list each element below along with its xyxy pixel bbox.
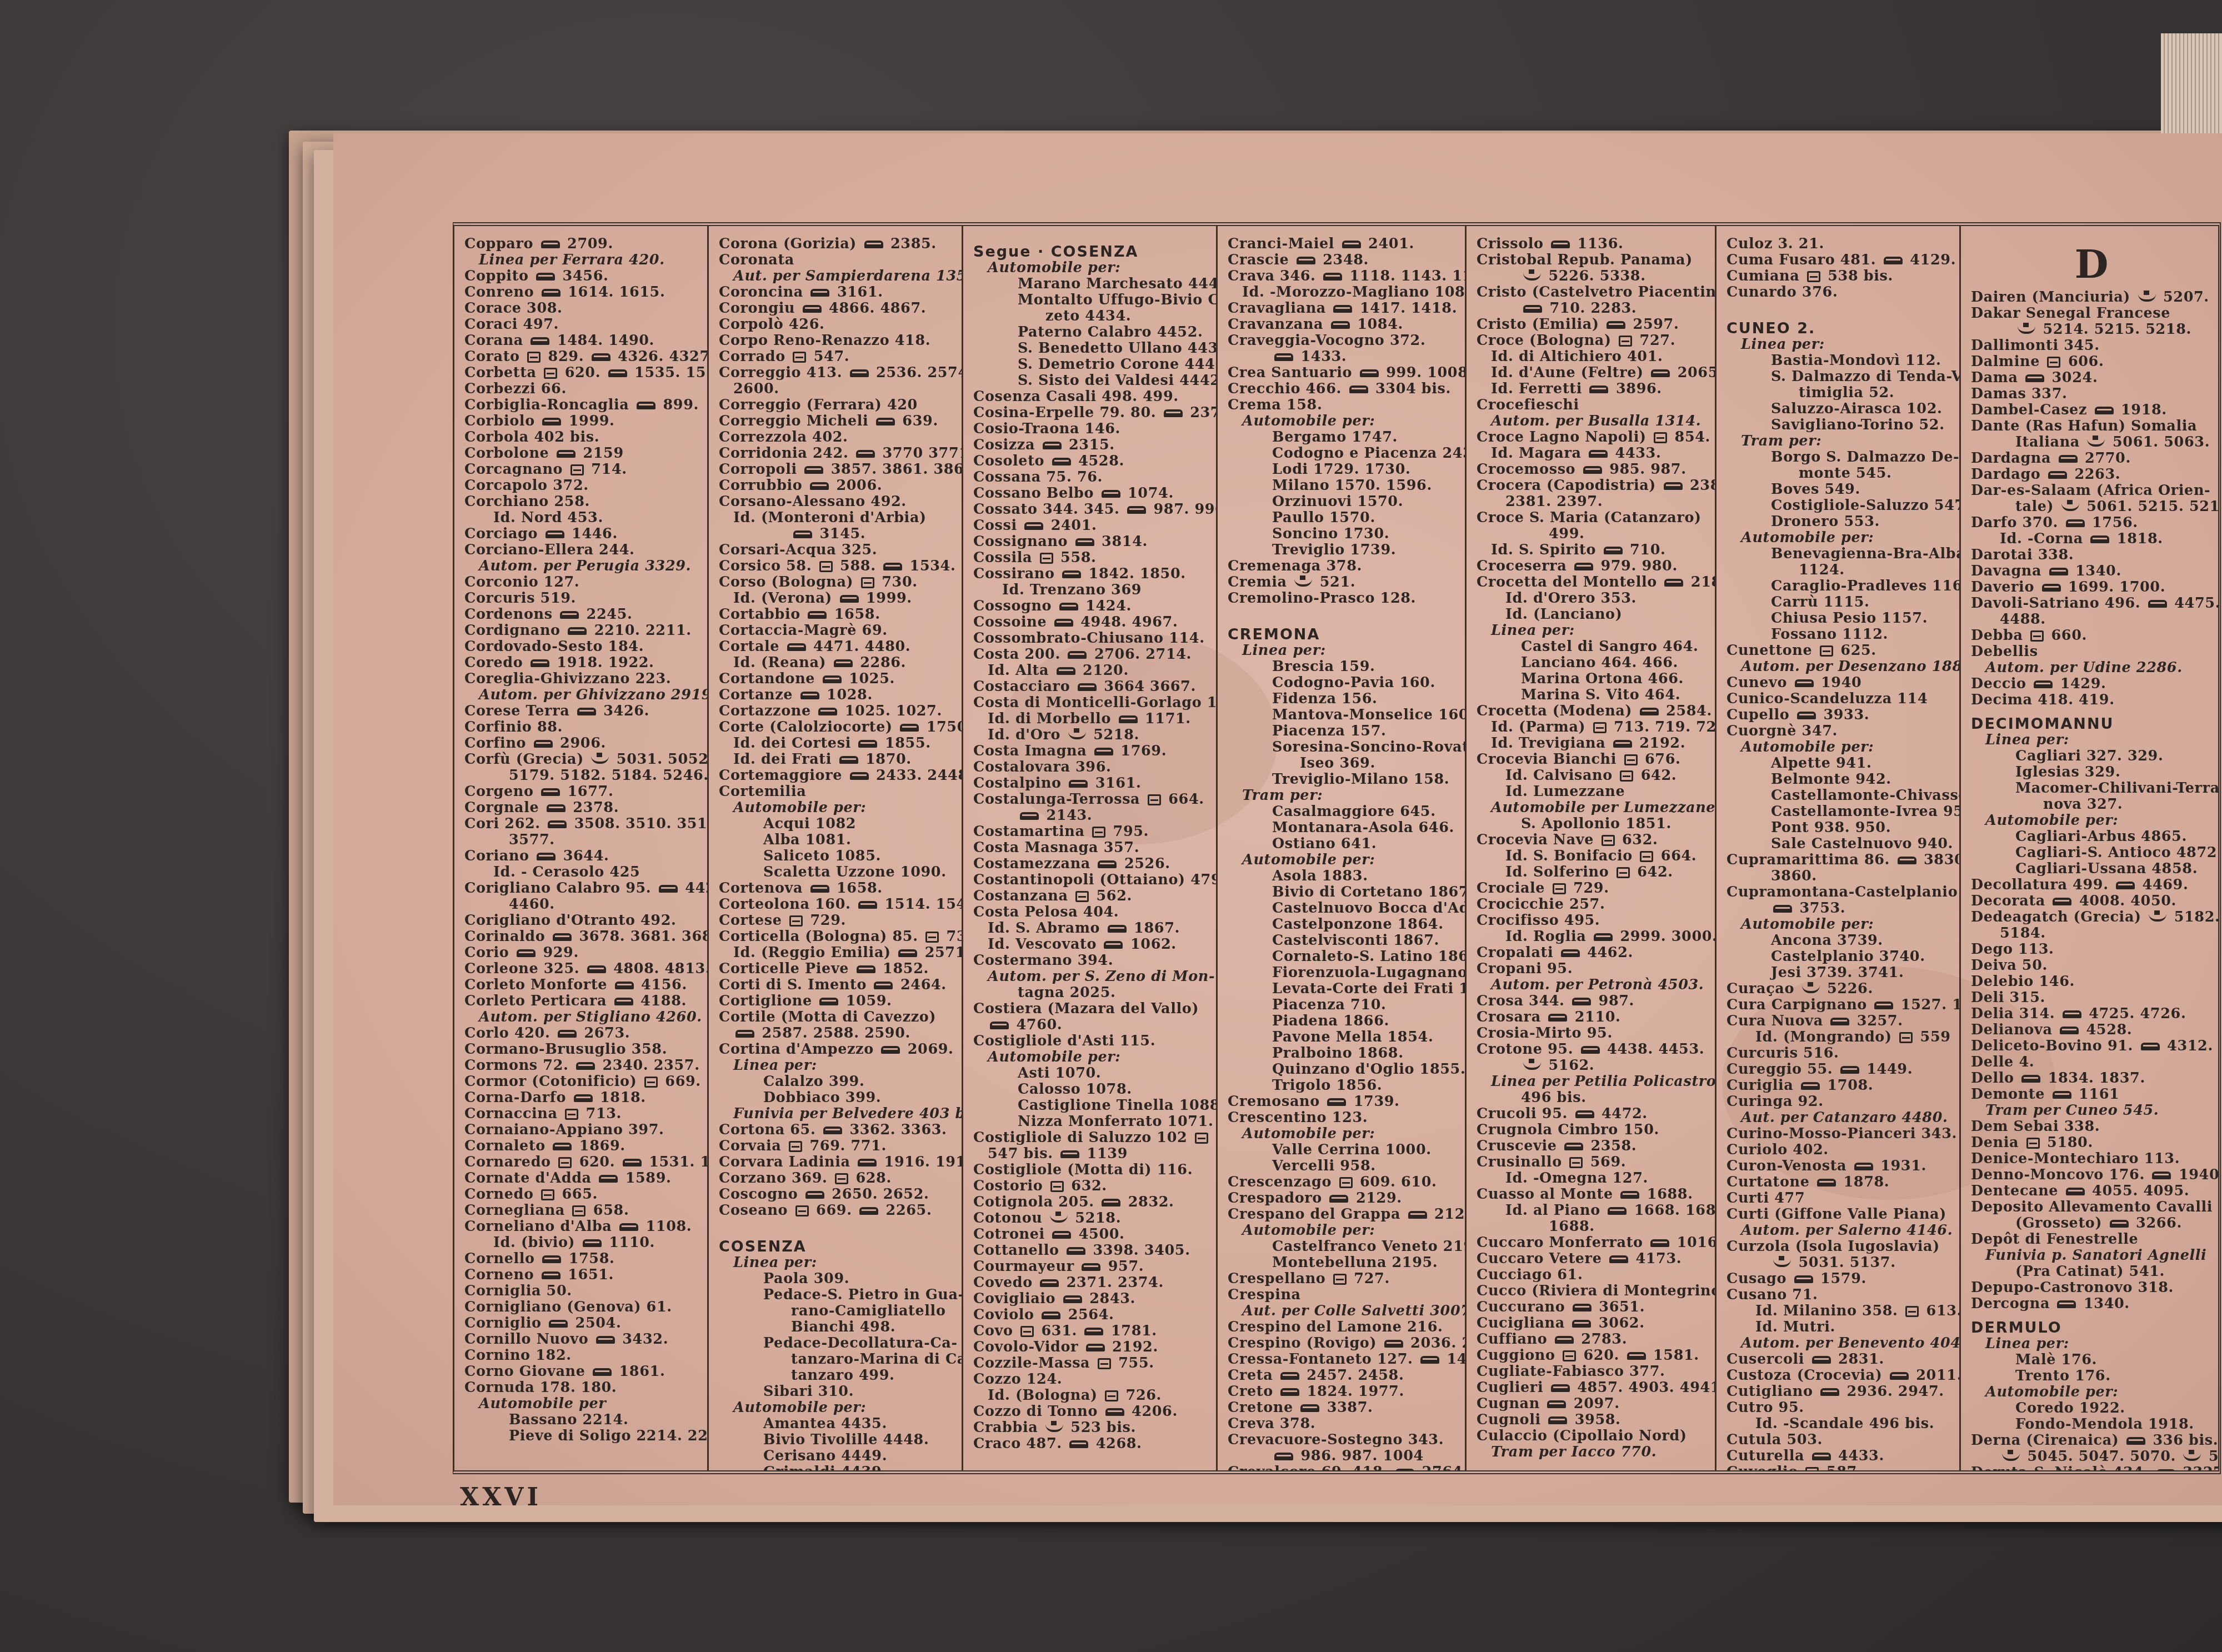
route-subheading: Funivia per Belvedere 403 bis [719,1106,956,1122]
index-subentry: Levata-Corte dei Frati 1870. [1228,981,1459,997]
train-icon [1408,1211,1427,1219]
tram-icon [1593,722,1607,733]
index-entry: Custoza (Crocevia) 2011. [1726,1368,1954,1384]
index-entry: Cortona 65. 3362. 3363. [719,1122,956,1138]
ship-icon [1045,1424,1063,1432]
city-heading: DERMULO [1971,1320,2213,1336]
index-subentry: Id. di Altichiero 401. [1477,349,1709,365]
train-icon [1607,321,1625,329]
index-subentry: Castelponzone 1864. [1228,917,1459,933]
index-entry: Courmayeur 957. [973,1259,1210,1275]
tram-icon [795,1205,809,1217]
train-icon [1884,257,1903,264]
index-subentry: Dobbiaco 399. [719,1090,956,1106]
city-heading: DECIMOMANNU [1971,716,2213,732]
train-icon [619,1223,638,1231]
train-icon [553,1143,572,1150]
train-icon [735,1030,754,1038]
index-entry: Cotronei 4500. [973,1227,1210,1243]
index-entry: Cureggio 55. 1449. [1726,1062,1954,1078]
index-entry: Cutula 503. [1726,1432,1954,1448]
index-subentry: timiglia 52. [1726,385,1954,401]
tram-icon [1098,1358,1111,1369]
route-subheading: Autom. per S. Zeno di Mon- [973,969,1210,985]
index-subentry: 5226. 5338. [1477,268,1709,284]
index-entry: Cristobal Repub. Panama) [1477,252,1709,268]
index-entry: Corbetta 620. 1535. 1578. [464,365,702,381]
route-subheading: Aut. per Colle Salvetti 3007. [1228,1303,1459,1319]
continued-heading: Segue · COSENZA [973,244,1210,260]
train-icon [874,982,893,989]
tram-icon [1640,851,1653,862]
index-entry: Crespellano 727. [1228,1271,1459,1287]
route-subheading: Funivia p. Sanatori Agnelli [1971,1248,2213,1264]
train-icon [1651,369,1670,377]
index-entry: Cornegliana 658. [464,1203,702,1219]
index-entry: Costiera (Mazara del Vallo) [973,1001,1210,1017]
index-subentry: Id. Ferretti 3896. [1477,381,1709,397]
route-subheading: Automobile per: [1228,852,1459,868]
index-subentry: Amantea 4435. [719,1416,956,1432]
train-icon [517,949,536,957]
index-subentry: Id. (Mongrando) 559 [1726,1029,1954,1045]
train-icon [1564,1143,1583,1150]
tram-icon [1195,1133,1208,1144]
ship-icon [1523,273,1541,281]
index-entry: Culaccio (Cipollaio Nord) [1477,1428,1709,1444]
index-entry: Cornigliano (Genova) 61. [464,1299,702,1315]
index-subentry: Id. S. Spirito 710. [1477,542,1709,558]
train-icon [1274,353,1293,361]
index-entry: Crocicchie 257. [1477,897,1709,913]
index-entry: Corgnale 2378. [464,800,702,816]
train-icon [1094,748,1113,755]
index-entry: Cottanello 3398. 3405. [973,1243,1210,1259]
index-subentry: 4488. [1971,612,2213,628]
train-icon [823,675,842,683]
index-entry: Cornuda 178. 180. [464,1380,702,1396]
index-subentry: Id. Nord 453. [464,510,702,526]
ship-icon [2183,1453,2201,1461]
index-entry: Depôt di Fenestrelle [1971,1232,2213,1248]
index-entry: Corneliano d'Alba 1108. [464,1219,702,1235]
train-icon [2060,1027,2079,1034]
index-entry: Cossogno 1424. [973,598,1210,614]
index-entry: Dardagna 2770. [1971,450,2213,467]
section-letter: D [1971,239,2213,289]
index-entry: Crevacuore-Sostegno 343. [1228,1432,1459,1448]
train-icon [2066,1188,2085,1195]
index-subentry: 4760. [973,1017,1210,1033]
index-subentry: 5045. 5047. 5070. 5358. [1971,1449,2213,1465]
train-icon [1874,1002,1893,1009]
train-icon [1043,442,1062,449]
train-icon [547,804,565,812]
index-entry: Cornaleto 1869. [464,1138,702,1154]
train-icon [1127,506,1146,514]
index-entry: Cortese 729. [719,913,956,929]
index-entry: Crociale 729. [1477,880,1709,897]
index-entry: Coviolo 2564. [973,1307,1210,1323]
index-entry: Dentecane 4055. 4095. [1971,1183,2213,1199]
train-icon [1059,603,1078,610]
index-entry: Cossi 2401. [973,518,1210,534]
tram-icon [793,352,806,363]
index-entry: Dedeagatch (Grecia) 5182. [1971,909,2213,925]
route-subheading: Autom. per Benevento 4044. [1726,1335,1954,1351]
index-entry: Costalpino 3161. [973,775,1210,792]
index-entry: Dello 1834. 1837. [1971,1070,2213,1087]
train-icon [858,740,877,748]
index-subentry: 1124. [1726,562,1954,578]
train-icon [531,337,549,345]
index-entry: Crusinallo 569. [1477,1154,1709,1170]
index-entry: Deliceto-Bovino 91. 4312. [1971,1038,2213,1054]
train-icon [810,885,829,893]
train-icon [1280,1372,1299,1380]
index-entry: Crespano del Grappa 2124. [1228,1207,1459,1223]
index-entry: Curiolo 402. [1726,1142,1954,1158]
tram-icon [789,1141,802,1152]
train-icon [805,1191,824,1199]
index-entry: Decollatura 499. 4469. [1971,877,2213,893]
train-icon [858,901,877,909]
index-entry: Corzano 369. 628. [719,1170,956,1187]
route-subheading: Autom. per Busalla 1314. [1477,413,1709,429]
tram-icon [789,915,803,927]
index-subentry: Id. -Omegna 127. [1477,1170,1709,1187]
index-subentry: Codogno e Piacenza 2436. [1228,445,1459,462]
train-icon [2066,519,2085,527]
train-icon [1057,667,1075,675]
train-icon [1890,1372,1909,1380]
index-subentry: Ostiano 641. [1228,836,1459,852]
tram-icon [570,464,584,475]
index-page: Copparo 2709.Linea per Ferrara 420.Coppi… [333,133,2222,1505]
train-icon [900,724,919,732]
train-icon [2053,898,2071,905]
train-icon [548,820,567,828]
index-entry: Corgeno 1677. [464,784,702,800]
index-entry: Coseano 669. 2265. [719,1203,956,1219]
tram-icon [861,577,874,588]
index-entry: Cusago 1579. [1726,1271,1954,1287]
index-entry: Crocevia Bianchi 676. [1477,752,1709,768]
route-subheading: Automobile per: [719,1400,956,1416]
train-icon [990,1022,1009,1029]
index-entry: Corace 308. [464,301,702,317]
tram-icon [1569,1157,1583,1168]
tram-icon [819,561,833,572]
train-icon [1331,321,1350,329]
index-subentry: Coredo 1922. [1971,1400,2213,1416]
index-subentry: Id. (bivio) 1110. [464,1235,702,1251]
index-entry: Costigliole (Motta di) 116. [973,1162,1210,1178]
index-subentry: Bivio Tivolille 4448. [719,1432,956,1448]
index-entry: Corropoli 3857. 3861. 3862. [719,462,956,478]
train-icon [1327,1098,1346,1106]
train-icon [1384,1340,1403,1348]
train-icon [542,1255,561,1263]
index-subentry: Casalmaggiore 645. [1228,804,1459,820]
index-entry: Covigliaio 2843. [973,1291,1210,1307]
train-icon [2025,374,2044,382]
index-entry: Crucoli 95. 4472. [1477,1106,1709,1122]
ship-icon [2138,294,2156,302]
ship-icon [1802,985,1820,993]
index-subentry: tale) 5061. 5215. 5216. [1971,499,2213,515]
route-subheading: Autom. per Ghivizzano 2919. [464,687,702,703]
index-entry: Corsico 58. 588. 1534. [719,558,956,574]
index-entry: Demonte 1161 [1971,1087,2213,1103]
index-entry: Cornillo Nuovo 3432. [464,1331,702,1348]
train-icon [1062,570,1081,578]
train-icon [659,885,678,893]
index-subentry: Iglesias 329. [1971,764,2213,780]
train-icon [850,772,869,780]
spacer [1726,301,1954,313]
index-subentry: Id. (Bologna) 726. [973,1388,1210,1404]
ship-icon [2061,503,2079,511]
train-icon [1024,522,1043,530]
index-entry: Crosa 344. 987. [1477,993,1709,1009]
index-entry: Cossignano 3814. [973,534,1210,550]
train-icon [808,611,827,619]
index-entry: Delebio 146. [1971,974,2213,990]
tram-icon [1563,1350,1576,1361]
index-entry: Dakar Senegal Francese [1971,306,2213,322]
index-subentry: Fidenza 156. [1228,691,1459,707]
index-subentry: tanzaro-Marina di Ca- [719,1351,956,1368]
index-subentry: Trento 176. [1971,1368,2213,1384]
index-subentry: Saluzzo-Airasca 102. [1726,401,1954,417]
tram-icon [1105,1390,1118,1401]
tram-icon [1075,891,1089,902]
train-icon [1104,941,1123,949]
train-icon [1797,712,1816,719]
index-entry: Corato 829. 4326. 4327. [464,349,702,365]
index-subentry: (Grosseto) 3266. [1971,1215,2213,1232]
index-entry: Cunevo 1940 [1726,675,1954,691]
route-subheading: Aut. per Sampierdarena 1355. [719,268,956,284]
index-subentry: Brescia 159. [1228,659,1459,675]
index-entry: Crescentino 123. [1228,1110,1459,1126]
train-icon [1068,651,1087,659]
index-entry: Curiglia 1708. [1726,1078,1954,1094]
index-entry: Cura Nuova 3257. [1726,1013,1954,1029]
train-icon [1572,998,1591,1005]
index-column-5: Crissolo 1136.Cristobal Repub. Panama) 5… [1465,226,1715,1470]
index-entry: Costalunga-Terrossa 664. [973,792,1210,808]
index-entry: Cortemilia [719,784,956,800]
index-subentry: Boves 549. [1726,482,1954,498]
route-subheading: Tram per: [1726,433,1954,449]
train-icon [1042,1311,1060,1319]
index-entry: Correggio (Ferrara) 420 [719,397,956,413]
index-entry: Covedo 2371. 2374. [973,1275,1210,1291]
index-entry: Corcapolo 372. [464,478,702,494]
index-entry: Cozzile-Massa 755. [973,1355,1210,1371]
index-subentry: 3753. [1726,900,1954,917]
index-entry: Dem Sebai 338. [1971,1119,2213,1135]
route-subheading: Linea per: [1971,1336,2213,1352]
index-entry: Cornaccina 713. [464,1106,702,1122]
index-subentry: rano-Camigliatello [719,1303,956,1319]
index-subentry: 5184. [1971,925,2213,942]
index-subentry: zeto 4434. [973,308,1210,324]
tram-icon [1617,867,1630,878]
index-subentry: Id. -Corna 1818. [1971,531,2213,547]
index-subentry: Id. (Verona) 1999. [719,590,956,607]
index-entry: Cuggiono 620. 1581. [1477,1348,1709,1364]
ship-icon [591,756,609,764]
index-subentry: Scaletta Uzzone 1090. [719,864,956,880]
index-entry: Corchiano 258. [464,494,702,510]
ship-icon [1068,732,1086,739]
index-frame: Copparo 2709.Linea per Ferrara 420.Coppi… [453,222,2221,1474]
index-subentry: Valle Cerrina 1000. [1228,1142,1459,1158]
index-entry: Cranci-Maiel 2401. [1228,236,1459,252]
train-icon [1333,305,1352,313]
train-icon [1069,780,1088,788]
index-entry: Corbola 402 bis. [464,429,702,445]
tram-icon [1602,835,1615,846]
index-subentry: 1433. [1228,349,1459,365]
train-icon [615,982,634,989]
index-entry: Cornedo 665. [464,1187,702,1203]
index-subentry: Cagliari 327. 329. [1971,748,2213,764]
train-icon [1040,1279,1059,1287]
index-subentry: Castel di Sangro 464. [1477,639,1709,655]
train-icon [534,740,553,748]
train-icon [2126,1437,2145,1445]
index-entry: Deruta-S. Nicolò 434. 3327. [1971,1465,2213,1470]
train-icon [818,708,837,715]
index-subentry: Orzinuovi 1570. [1228,494,1459,510]
index-entry: Cordignano 2210. 2211. [464,623,702,639]
index-subentry: S. Apollonio 1851. [1477,816,1709,832]
index-subentry: 499. [1477,526,1709,542]
index-entry: Cornaiano-Appiano 397. [464,1122,702,1138]
index-subentry: Castiglione Tinella 1088. [973,1098,1210,1114]
train-icon [858,1159,877,1167]
index-subentry: 2587. 2588. 2590. [719,1025,956,1042]
tram-icon [835,1173,848,1184]
train-icon [1164,409,1183,417]
index-subentry: Calalzo 399. [719,1074,956,1090]
index-entry: Cortenova 1658. [719,880,956,897]
index-entry: Coroncina 3161. [719,284,956,301]
train-icon [881,1046,900,1054]
index-entry: Cuccaro Vetere 4173. [1477,1251,1709,1267]
index-subentry: Castellamonte-Ivrea 950. [1726,804,1954,820]
index-entry: Cosina-Erpelle 79. 80. 2370. [973,405,1210,421]
index-entry: Costa di Monticelli-Gorlago 154 [973,695,1210,711]
index-entry: Corno Giovane 1861. [464,1364,702,1380]
index-entry: Corleto Perticara 4188. [464,993,702,1009]
train-icon [1840,1066,1859,1074]
index-subentry: Id. d'Oro 5218. [973,727,1210,743]
index-subentry: 496 bis. [1477,1090,1709,1106]
route-subheading: Linea per Ferrara 420. [464,252,702,268]
route-subheading: Automobile per: [1228,1223,1459,1239]
index-subentry: S. Sisto dei Valdesi 4442. [973,373,1210,389]
index-entry: Cormor (Cotonificio) 669. [464,1074,702,1090]
index-entry: Coreglia-Ghivizzano 223. [464,671,702,687]
index-subentry: Cornaleto-S. Latino 1869. [1228,949,1459,965]
route-subheading: Linea per: [1228,643,1459,659]
train-icon [2049,568,2068,575]
index-subentry: Milano 1570. 1596. [1228,478,1459,494]
index-subentry: Lanciano 464. 466. [1477,655,1709,671]
index-entry: Curinga 92. [1726,1094,1954,1110]
index-subentry: Id. -Scandale 496 bis. [1726,1416,1954,1432]
index-entry: Cosoleto 4528. [973,453,1210,469]
index-entry: Cormano-Brusuglio 358. [464,1042,702,1058]
index-entry: Cumiana 538 bis. [1726,268,1954,284]
train-icon [608,369,627,377]
index-subentry: Pedace-Decollatura-Ca- [719,1335,956,1351]
index-entry: Cortaccia-Magrè 69. [719,623,956,639]
index-entry: Cordenons 2245. [464,607,702,623]
train-icon [536,273,555,281]
route-subheading: Automobile per Lumezzane [1477,800,1709,816]
ship-icon [1050,1215,1068,1223]
train-icon [1020,812,1039,820]
index-subentry: Castelnuovo Bocca d'Adda 1858 [1228,900,1459,917]
route-subheading: Linea per: [1477,623,1709,639]
index-entry: Coredo 1918. 1922. [464,655,702,671]
index-subentry: tanzaro 499. [719,1368,956,1384]
index-entry: Corfù (Grecia) 5031. 5052. [464,752,702,768]
train-icon [1817,1179,1836,1187]
index-entry: Darfo 370. 1756. [1971,515,2213,531]
index-subentry: Caraglio-Pradleves 1160. [1726,578,1954,594]
index-subentry: Codogno-Pavia 160. [1228,675,1459,691]
train-icon [1084,1328,1103,1335]
index-subentry: Iseo 369. [1228,755,1459,772]
index-entry: Corrado 547. [719,349,956,365]
index-entry: Cortiglione 1059. [719,993,956,1009]
train-icon [1812,1453,1831,1460]
index-entry: Corinaldo 3678. 3681. 3683. [464,929,702,945]
index-entry: Creta 2457. 2458. [1228,1368,1459,1384]
index-entry: Crescenzago 609. 610. [1228,1174,1459,1190]
index-entry: Cravanzana 1084. [1228,317,1459,333]
index-entry: Cropani 95. [1477,961,1709,977]
train-icon [1054,619,1073,627]
index-entry: Cozzo di Tonno 4206. [973,1404,1210,1420]
index-entry: Corvara Ladinia 1916. 1916 bis [719,1154,956,1170]
index-subentry: monte 545. [1726,465,1954,482]
index-subentry: Belmonte 942. [1726,772,1954,788]
train-icon [864,241,883,248]
index-entry: Cura Carpignano 1527. 1554. [1726,997,1954,1013]
train-icon [1323,273,1342,281]
index-subentry: Dronero 553. [1726,514,1954,530]
route-subheading: Linea per: [1971,732,2213,748]
train-icon [531,659,549,667]
index-subentry: 5214. 5215. 5218. [1971,322,2213,338]
train-icon [2095,407,2114,414]
train-icon [542,1271,560,1279]
train-icon [1773,905,1792,913]
index-subentry: Alba 1081. [719,832,956,848]
index-subentry: Italiana 5061. 5063. [1971,434,2213,450]
index-entry: Corigliano d'Otranto 492. [464,913,702,929]
train-icon [557,450,575,458]
train-icon [576,1062,595,1070]
